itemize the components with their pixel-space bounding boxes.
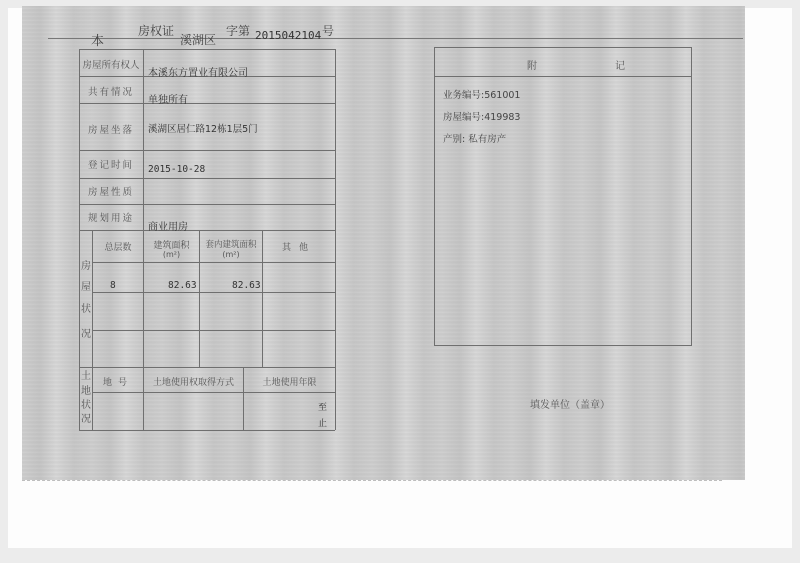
header-suffix: 号 [322, 22, 334, 39]
co-ownership-label: 共有情况 [80, 84, 142, 98]
owner-label: 房屋所有权人 [80, 57, 142, 71]
inner-area-value: 82.63 [232, 280, 261, 291]
header-district: 溪湖区 [180, 31, 216, 48]
issuer-stamp-label: 填发单位（盖章） [530, 396, 610, 411]
col-total-floors: 总层数 [93, 240, 143, 253]
total-floors-value: 8 [110, 280, 116, 291]
building-area-value: 82.63 [168, 280, 197, 291]
col-land-term: 土地使用年限 [244, 375, 335, 388]
land-term-end: 止 [318, 416, 327, 429]
owner-value: 本溪东方置业有限公司 [148, 64, 248, 79]
notes-title-right: 记 [615, 57, 625, 72]
col-land-number: 地号 [93, 375, 143, 388]
notes-title-left: 附 [527, 57, 537, 72]
header-cert-type: 房权证 [138, 22, 174, 39]
planned-use-label: 规划用途 [80, 210, 142, 224]
note-business-number: 业务编号:561001 [443, 87, 520, 101]
location-value: 溪湖区居仁路12栋1层5门 [148, 121, 258, 135]
notes-panel: 附 记 业务编号:561001 房屋编号:419983 产别: 私有房产 [434, 47, 692, 346]
property-nature-label: 房屋性质 [80, 184, 142, 198]
col-building-area-unit: (m²) [144, 250, 199, 259]
notes-header-rule [435, 76, 691, 77]
col-inner-area: 套内建筑面积 [200, 238, 262, 250]
col-land-acquisition: 土地使用权取得方式 [144, 375, 243, 388]
scan-edge [22, 480, 722, 481]
col-inner-area-unit: (m²) [200, 250, 262, 259]
header-prefix: 本 [91, 30, 104, 49]
header-char-label: 字第 [226, 22, 250, 39]
registration-date-value: 2015-10-28 [148, 164, 205, 175]
header-cert-number: 2015042104 [255, 29, 321, 42]
note-property-type: 产别: 私有房产 [443, 131, 506, 145]
planned-use-value: 商业用房 [148, 218, 188, 233]
location-label: 房屋坐落 [80, 122, 142, 136]
registration-date-label: 登记时间 [80, 157, 142, 171]
note-house-number: 房屋编号:419983 [443, 109, 520, 123]
co-ownership-value: 单独所有 [148, 91, 188, 106]
land-term-to: 至 [318, 400, 327, 413]
col-other: 其他 [263, 240, 335, 253]
